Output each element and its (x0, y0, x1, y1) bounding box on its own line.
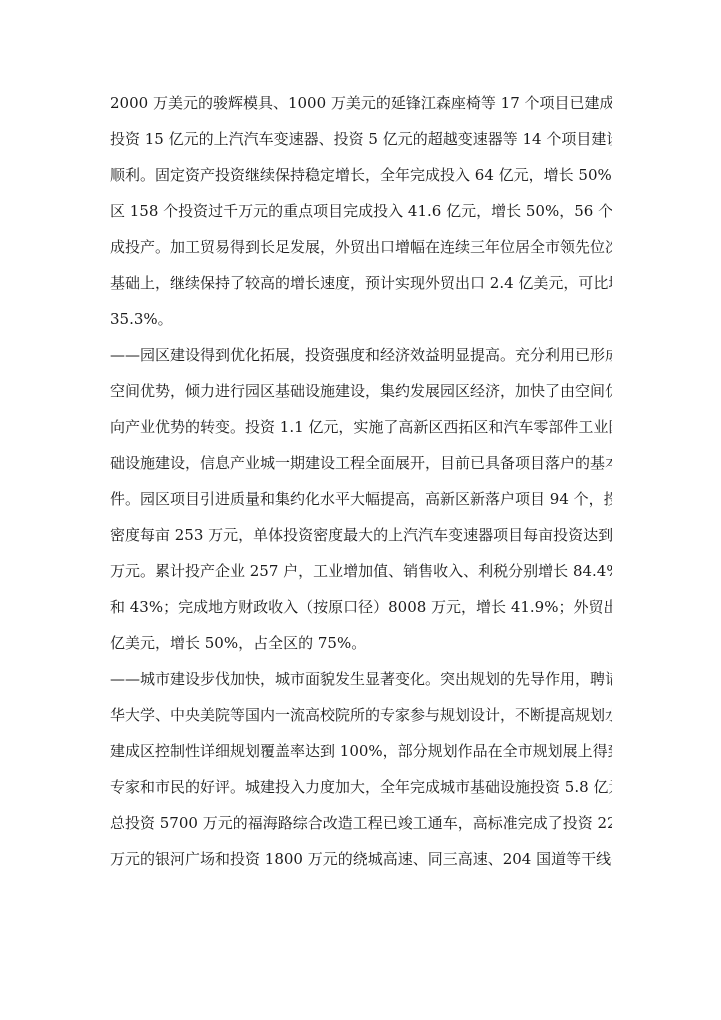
text-line: 向产业优势的转变。投资 1.1 亿元，实施了高新区西拓区和汽车零部件工业园基 (110, 409, 612, 445)
text-line: 35.3%。 (110, 301, 612, 337)
text-line: 区 158 个投资过千万元的重点项目完成投入 41.6 亿元，增长 50%，56… (110, 193, 612, 229)
text-line: 万元的银河广场和投资 1800 万元的绕城高速、同三高速、204 国道等干线公路 (110, 841, 612, 877)
text-line: ——园区建设得到优化拓展，投资强度和经济效益明显提高。充分利用已形成的 (110, 337, 612, 373)
text-line: 总投资 5700 万元的福海路综合改造工程已竣工通车，高标准完成了投资 2200 (110, 805, 612, 841)
text-line: 2000 万美元的骏辉模具、1000 万美元的延锋江森座椅等 17 个项目已建成… (110, 85, 612, 121)
text-line: 顺利。固定资产投资继续保持稳定增长，全年完成投入 64 亿元，增长 50%。全 (110, 157, 612, 193)
text-line: 密度每亩 253 万元，单体投资密度最大的上汽汽车变速器项目每亩投资达到 798 (110, 517, 612, 553)
text-line: 亿美元，增长 50%，占全区的 75%。 (110, 625, 612, 661)
text-line: 和 43%；完成地方财政收入（按原口径）8008 万元，增长 41.9%；外贸出… (110, 589, 612, 625)
text-line: 件。园区项目引进质量和集约化水平大幅提高，高新区新落户项目 94 个，投资 (110, 481, 612, 517)
text-line: 础设施建设，信息产业城一期建设工程全面展开，目前已具备项目落户的基本条 (110, 445, 612, 481)
text-line: 基础上，继续保持了较高的增长速度，预计实现外贸出口 2.4 亿美元，可比增长 (110, 265, 612, 301)
document-page: 2000 万美元的骏辉模具、1000 万美元的延锋江森座椅等 17 个项目已建成… (110, 85, 612, 877)
text-line: ——城市建设步伐加快，城市面貌发生显著变化。突出规划的先导作用，聘请清 (110, 661, 612, 697)
text-line: 成投产。加工贸易得到长足发展，外贸出口增幅在连续三年位居全市领先位次的 (110, 229, 612, 265)
text-line: 投资 15 亿元的上汽汽车变速器、投资 5 亿元的超越变速器等 14 个项目建设… (110, 121, 612, 157)
text-line: 华大学、中央美院等国内一流高校院所的专家参与规划设计，不断提高规划水平， (110, 697, 612, 733)
text-line: 空间优势，倾力进行园区基础设施建设，集约发展园区经济，加快了由空间优势 (110, 373, 612, 409)
text-line: 建成区控制性详细规划覆盖率达到 100%，部分规划作品在全市规划展上得到了 (110, 733, 612, 769)
text-line: 万元。累计投产企业 257 户，工业增加值、销售收入、利税分别增长 84.4%、… (110, 553, 612, 589)
text-line: 专家和市民的好评。城建投入力度加大，全年完成城市基础设施投资 5.8 亿元。 (110, 769, 612, 805)
